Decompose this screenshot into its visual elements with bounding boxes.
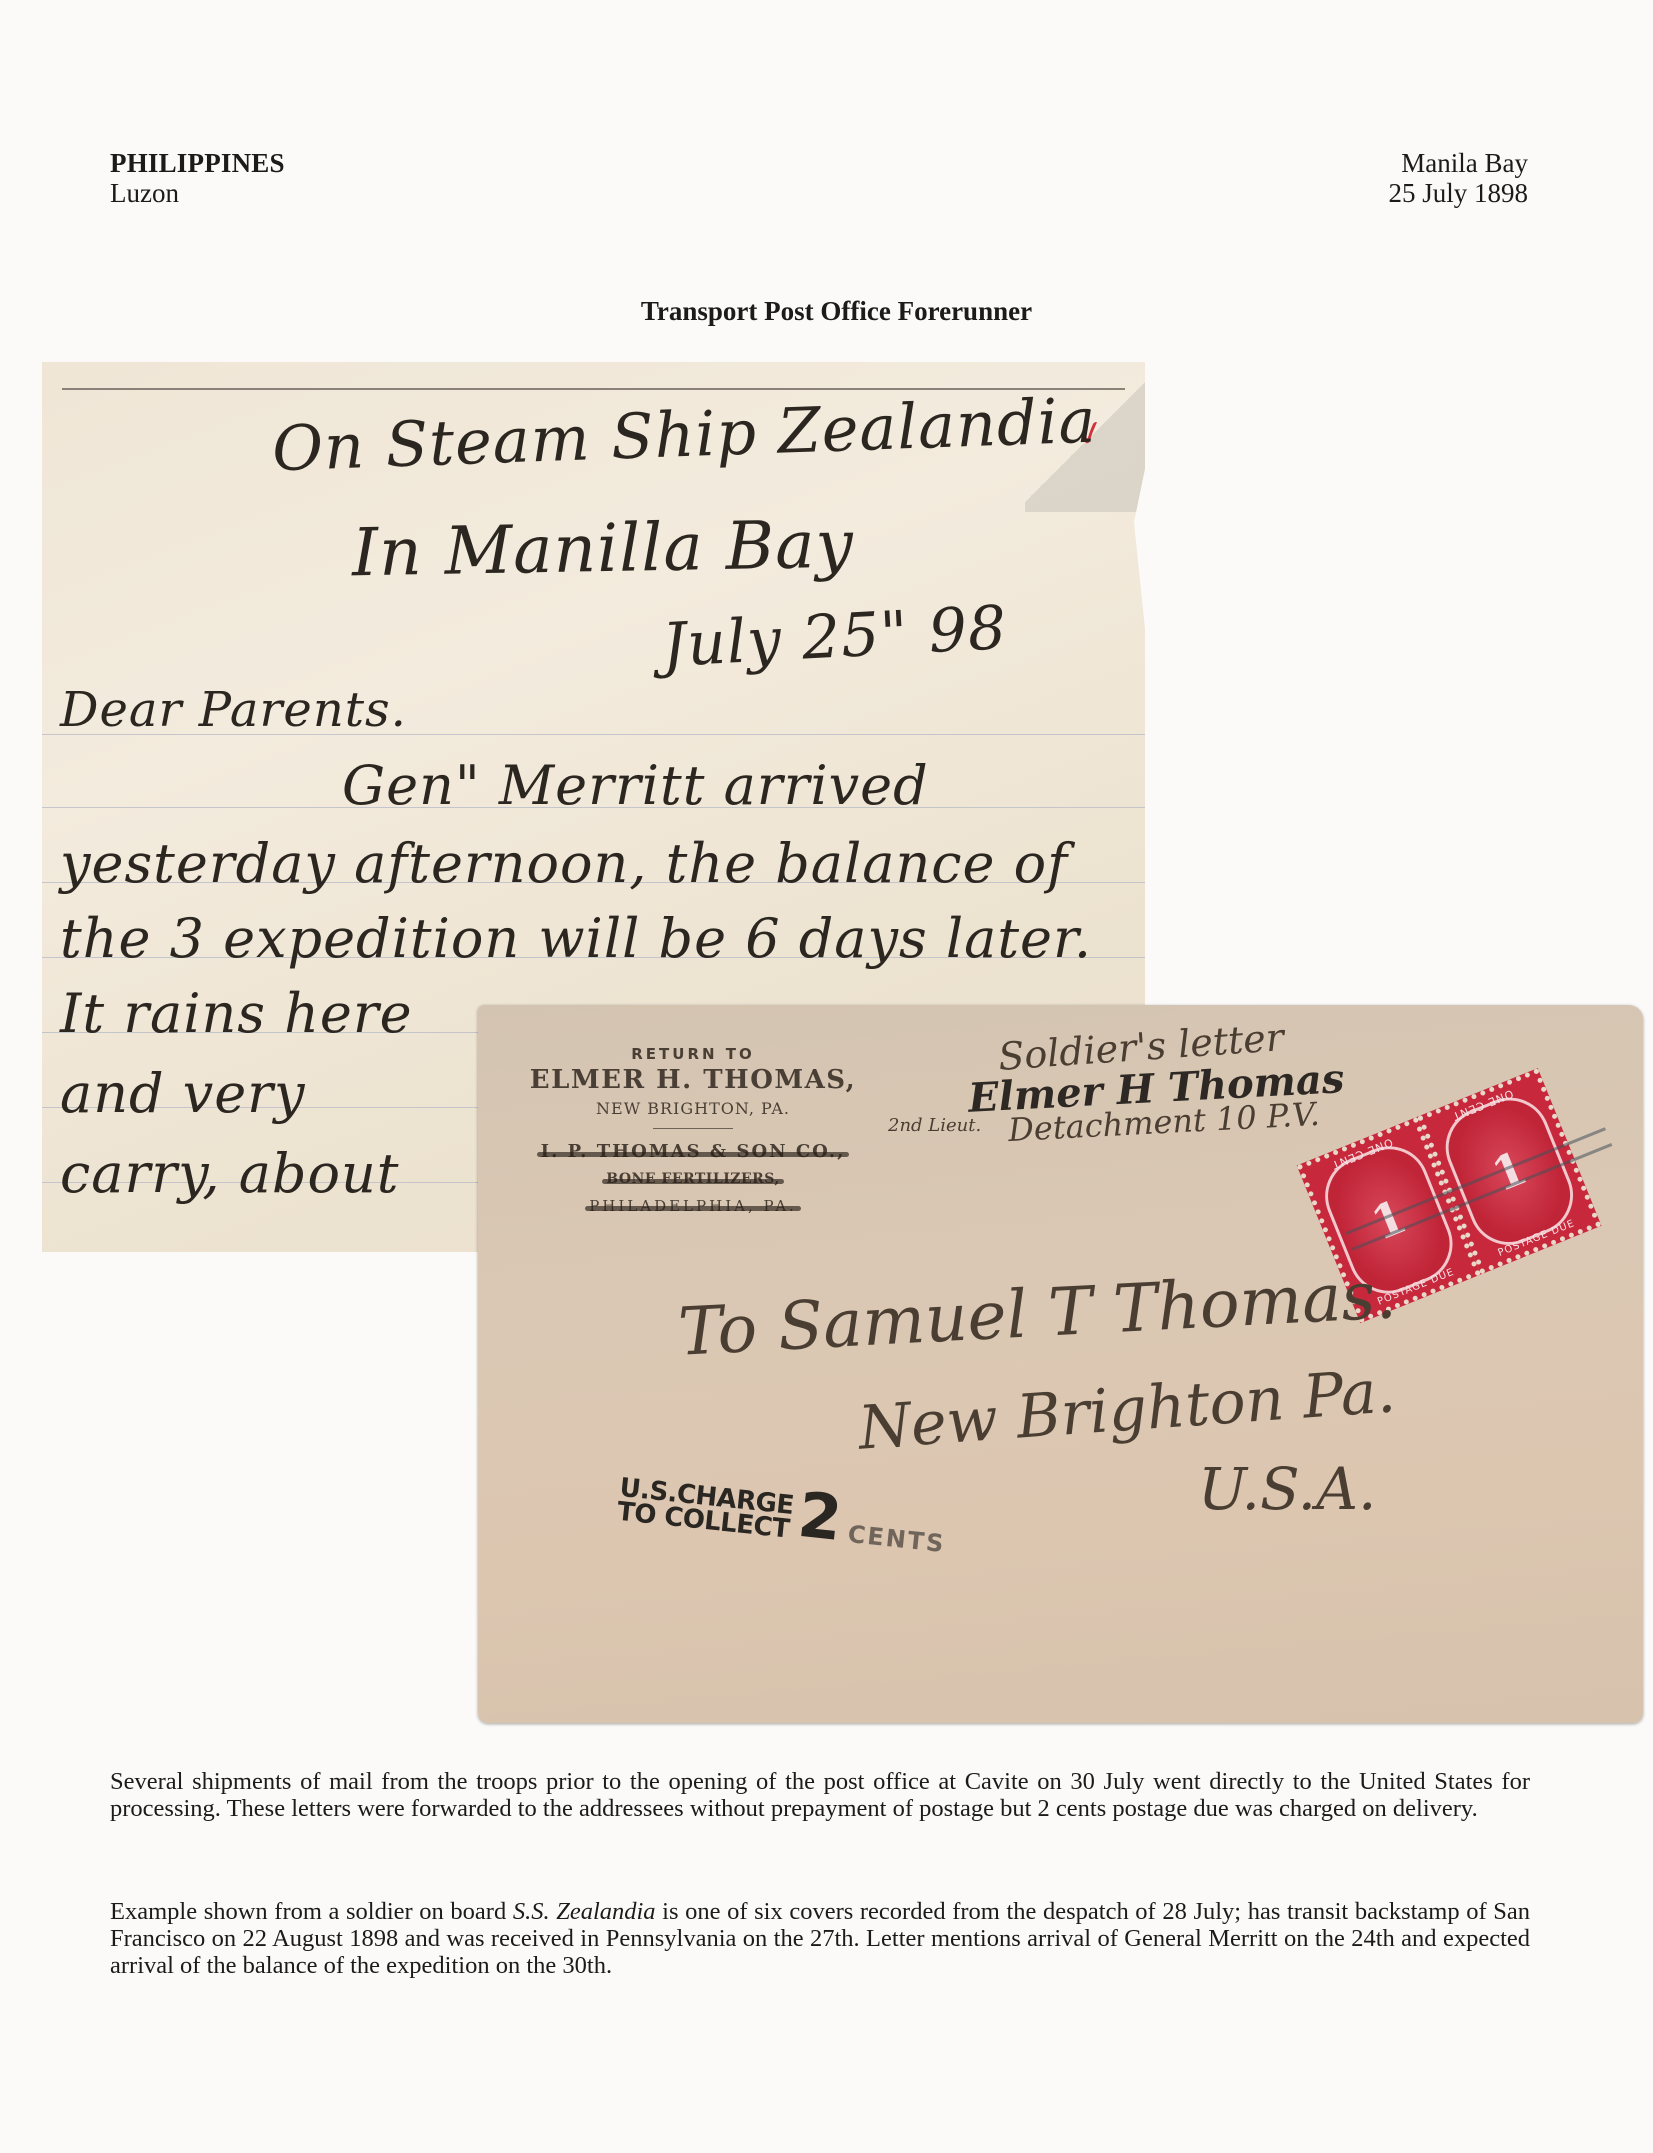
country-heading: PHILIPPINES: [110, 148, 285, 178]
region-heading: Luzon: [110, 178, 285, 208]
return-address-corner-card: RETURN TO ELMER H. THOMAS, NEW BRIGHTON,…: [503, 1045, 883, 1215]
page-title: Transport Post Office Forerunner: [0, 296, 1653, 327]
letter-body-line: Gen" Merritt arrived: [342, 754, 929, 817]
address-line: New Brighton Pa.: [856, 1356, 1397, 1463]
corner-card-divider: [653, 1128, 733, 1129]
letter-body-line: the 3 expedition will be 6 days later.: [60, 907, 1092, 970]
ship-name: Zealandia: [556, 1898, 655, 1925]
return-to-label: RETURN TO: [503, 1045, 883, 1063]
address-line: U.S.A.: [1198, 1455, 1376, 1523]
sender-rank: 2nd Lieut.: [888, 1115, 981, 1136]
letter-body-line: It rains here: [60, 982, 413, 1045]
letter-body-line: and very: [60, 1062, 306, 1125]
ship-abbrev: S.S.: [513, 1898, 550, 1925]
place-label: Manila Bay: [1388, 148, 1528, 178]
return-name: ELMER H. THOMAS,: [503, 1065, 883, 1095]
charge-to-collect-handstamp: U.S.CHARGE TO COLLECT 2 CENTS: [616, 1468, 950, 1558]
handstamp-amount: 2: [796, 1487, 845, 1547]
letter-heading-line: On Steam Ship Zealandia: [271, 384, 1098, 486]
letter-heading-line: In Manilla Bay: [351, 506, 854, 592]
envelope-cover: RETURN TO ELMER H. THOMAS, NEW BRIGHTON,…: [478, 1005, 1643, 1723]
letter-salutation: Dear Parents.: [60, 682, 407, 738]
struck-business: BONE FERTILIZERS,: [606, 1171, 780, 1187]
struck-city: PHILADELPHIA, PA.: [589, 1197, 797, 1215]
letter-heading-line: July 25" 98: [660, 593, 1008, 681]
header-right: Manila Bay 25 July 1898: [1388, 148, 1528, 208]
desc-prefix: Example shown from a soldier on board: [110, 1898, 513, 1925]
letter-body-line: carry, about: [60, 1142, 399, 1205]
date-label: 25 July 1898: [1388, 178, 1528, 208]
letter-body-line: yesterday afternoon, the balance of: [60, 832, 1068, 895]
return-city: NEW BRIGHTON, PA.: [503, 1099, 883, 1118]
address-line: To Samuel T Thomas.: [676, 1256, 1398, 1370]
description-paragraph-1: Several shipments of mail from the troop…: [110, 1768, 1530, 1822]
handstamp-unit: CENTS: [847, 1520, 947, 1558]
header-left: PHILIPPINES Luzon: [110, 148, 285, 208]
description-paragraph-2: Example shown from a soldier on board S.…: [110, 1898, 1530, 1979]
struck-company: I. P. THOMAS & SON CO.,: [541, 1141, 846, 1162]
